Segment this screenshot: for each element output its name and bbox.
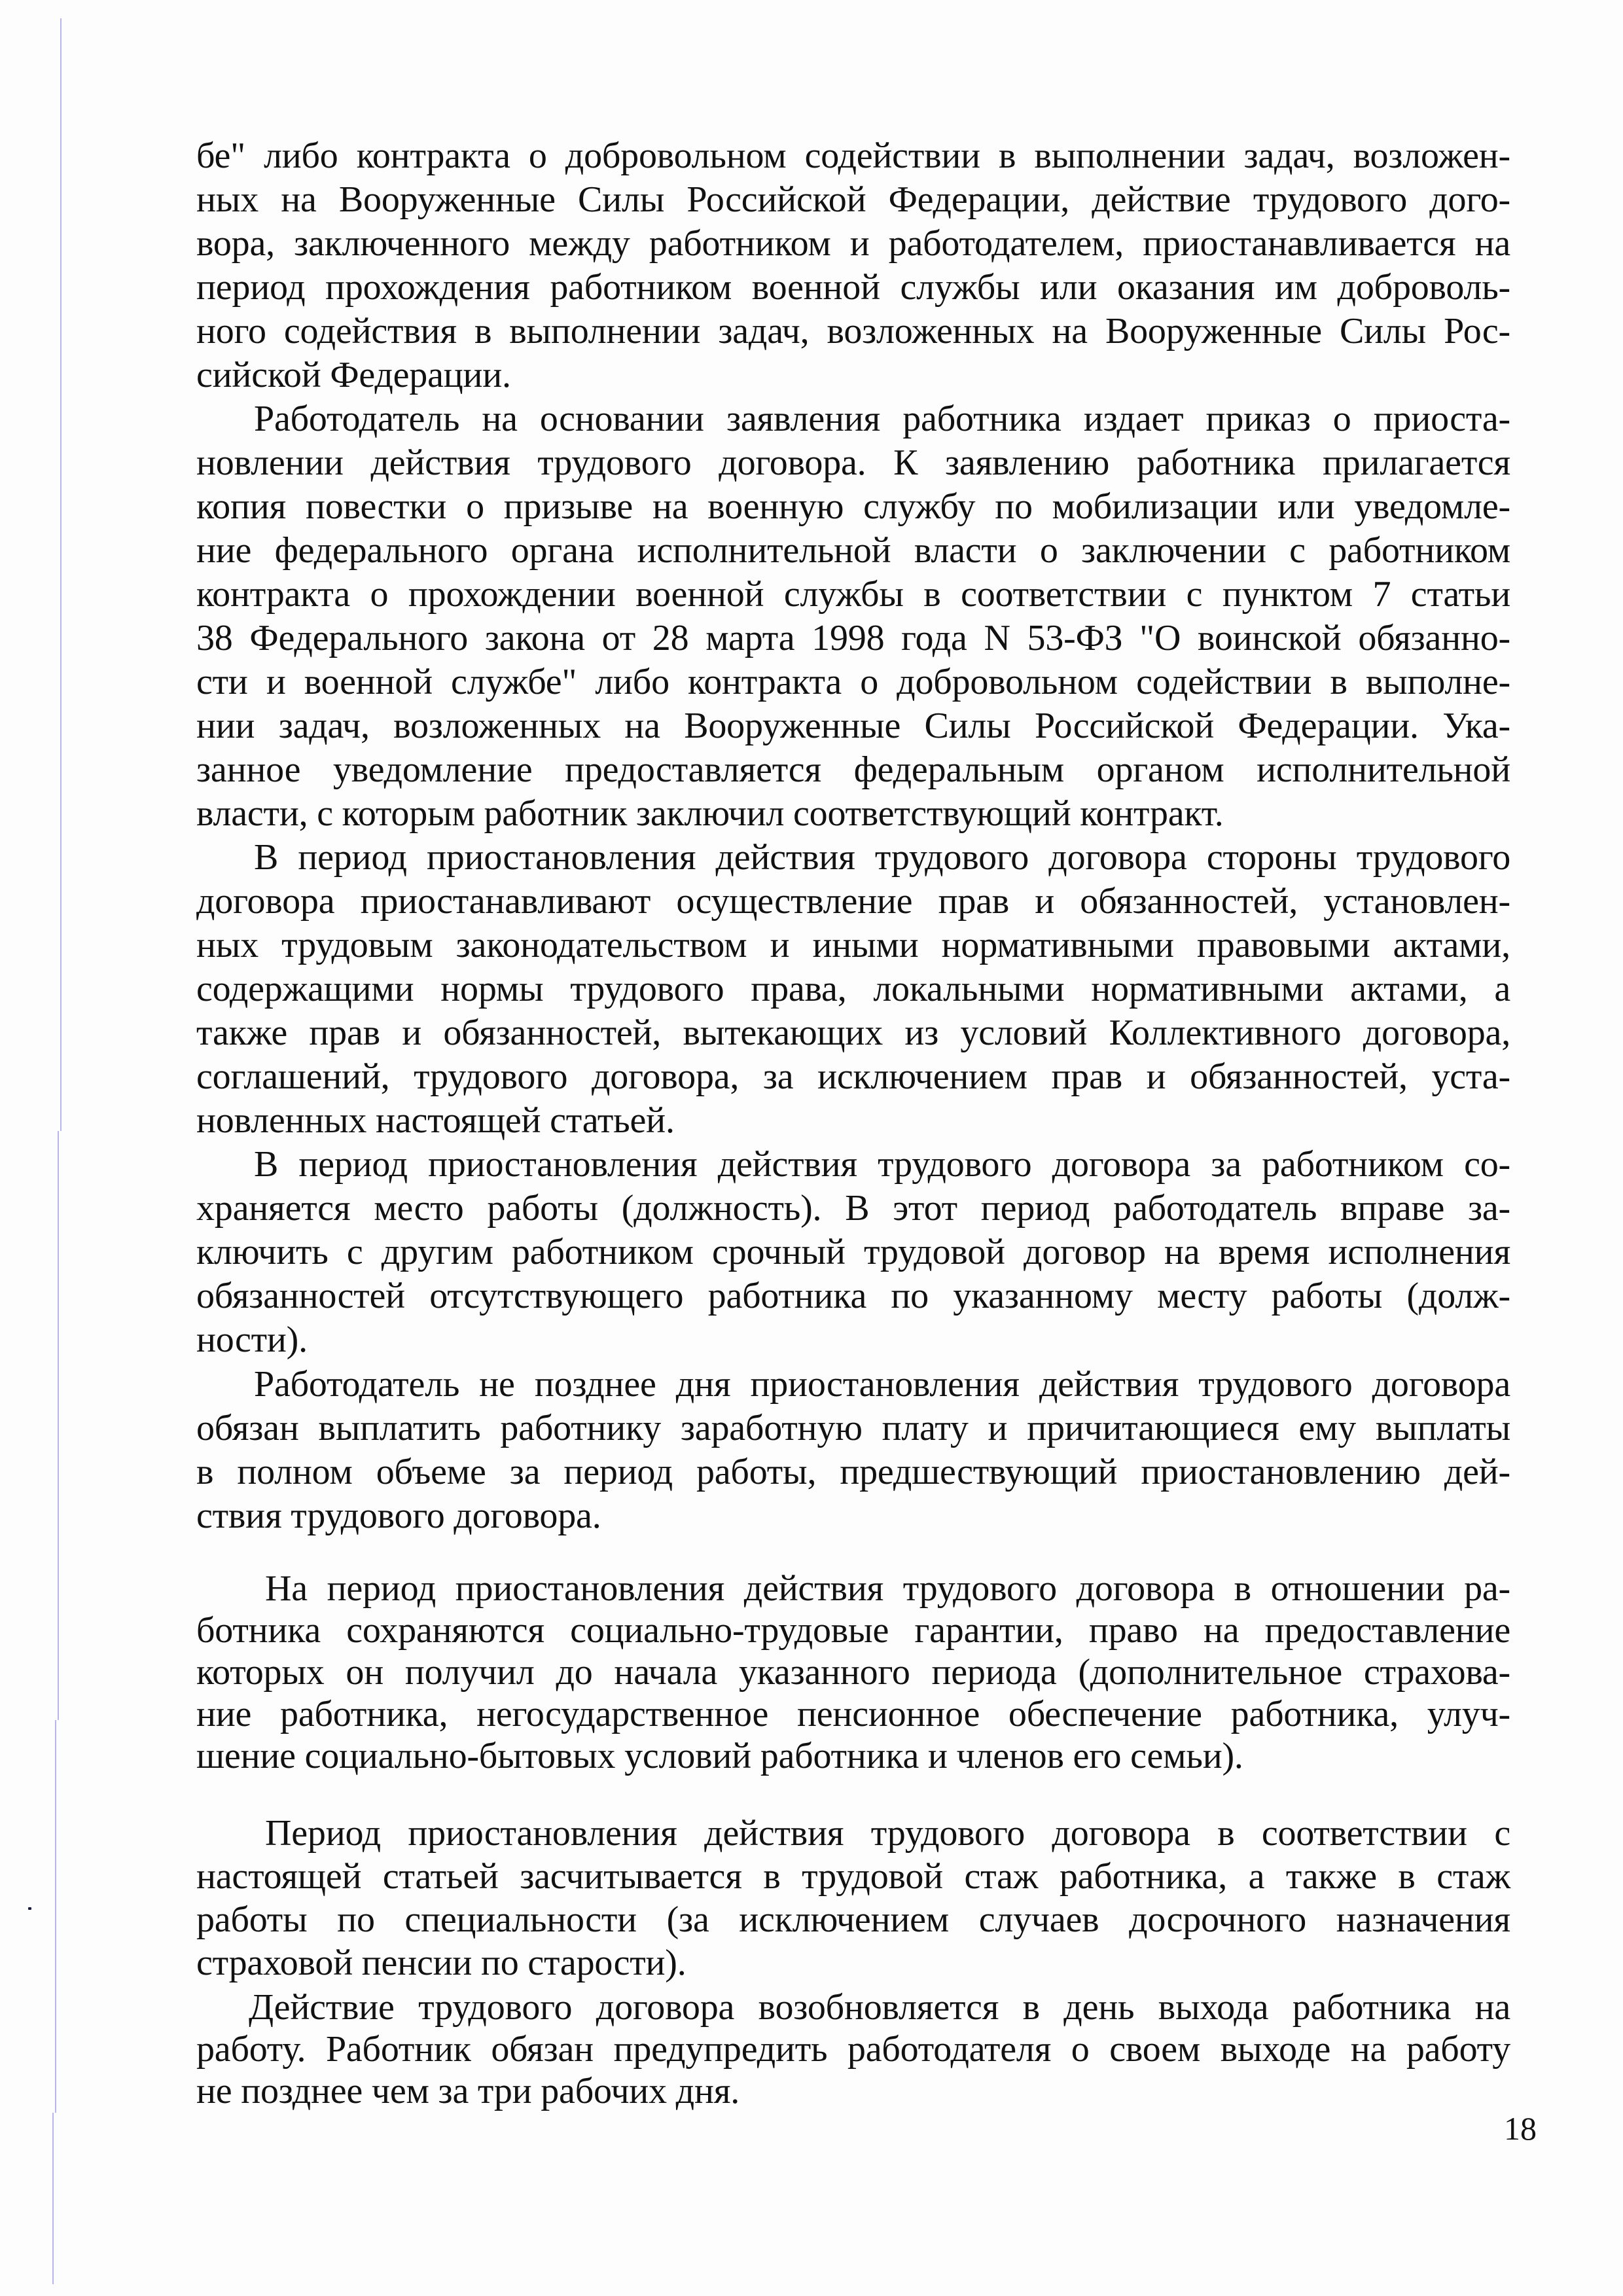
page-number: 18: [1504, 2109, 1537, 2148]
text-line: ности).: [196, 1318, 1510, 1362]
text-line: обязанностей отсутствующего работника по…: [196, 1274, 1510, 1318]
text-line: Период приостановления действия трудовог…: [196, 1812, 1510, 1855]
text-line: договора приостанавливают осуществление …: [196, 880, 1510, 924]
text-line: также прав и обязанностей, вытекающих из…: [196, 1011, 1510, 1055]
text-line: сти и военной службе" либо контракта о д…: [196, 660, 1510, 704]
text-line: ние федерального органа исполнительной в…: [196, 529, 1510, 573]
text-line: в полном объеме за период работы, предше…: [196, 1450, 1510, 1494]
paragraph-1: бе" либо контракта о добровольном содейс…: [196, 134, 1510, 397]
text-line: ключить с другим работником срочный труд…: [196, 1230, 1510, 1274]
paragraph-3: В период приостановления действия трудов…: [196, 836, 1510, 1143]
text-line: Работодатель на основании заявления рабо…: [196, 397, 1510, 441]
scan-margin-line: [60, 18, 62, 1131]
paragraph-8: Действие трудового договора возобновляет…: [196, 1986, 1510, 2112]
scan-margin-line: [55, 1720, 56, 2113]
text-line: 38 Федерального закона от 28 марта 1998 …: [196, 617, 1510, 660]
text-line: страховой пенсии по старости).: [196, 1941, 1510, 1984]
text-line: ного содействия в выполнении задач, возл…: [196, 310, 1510, 353]
text-line: вора, заключенного между работником и ра…: [196, 222, 1510, 266]
paragraph-4: В период приостановления действия трудов…: [196, 1143, 1510, 1362]
text-line: ботника сохраняются социально-трудовые г…: [196, 1609, 1510, 1651]
paragraph-6: На период приостановления действия трудо…: [196, 1568, 1510, 1777]
scan-margin-line: [52, 2113, 54, 2284]
text-line: соглашений, трудового договора, за исклю…: [196, 1055, 1510, 1099]
text-line: ствия трудового договора.: [196, 1494, 1510, 1538]
text-line: Работодатель не позднее дня приостановле…: [196, 1363, 1510, 1407]
text-line: нии задач, возложенных на Вооруженные Си…: [196, 704, 1510, 748]
text-line: которых он получил до начала указанного …: [196, 1651, 1510, 1693]
text-line: бе" либо контракта о добровольном содейс…: [196, 134, 1510, 178]
text-line: новленных настоящей статьей.: [196, 1099, 1510, 1143]
text-line: работы по специальности (за исключением …: [196, 1898, 1510, 1941]
text-line: ных трудовым законодательством и иными н…: [196, 924, 1510, 967]
text-line: копия повестки о призыве на военную служ…: [196, 485, 1510, 529]
text-line: обязан выплатить работнику заработную пл…: [196, 1407, 1510, 1450]
text-line: ние работника, негосударственное пенсион…: [196, 1693, 1510, 1735]
text-line: новлении действия трудового договора. К …: [196, 441, 1510, 485]
text-line: сийской Федерации.: [196, 353, 1510, 397]
scan-speck: [28, 1907, 31, 1910]
text-line: В период приостановления действия трудов…: [196, 1143, 1510, 1187]
text-line: В период приостановления действия трудов…: [196, 836, 1510, 880]
text-line: работу. Работник обязан предупредить раб…: [196, 2028, 1510, 2070]
text-line: содержащими нормы трудового права, локал…: [196, 967, 1510, 1011]
text-line: настоящей статьей засчитывается в трудов…: [196, 1855, 1510, 1898]
paragraph-7: Период приостановления действия трудовог…: [196, 1812, 1510, 1984]
text-line: занное уведомление предоставляется федер…: [196, 748, 1510, 792]
paragraph-5: Работодатель не позднее дня приостановле…: [196, 1363, 1510, 1538]
text-line: храняется место работы (должность). В эт…: [196, 1187, 1510, 1230]
text-line: контракта о прохождении военной службы в…: [196, 573, 1510, 617]
text-line: период прохождения работником военной сл…: [196, 266, 1510, 310]
paragraph-2: Работодатель на основании заявления рабо…: [196, 397, 1510, 836]
scan-margin-line: [58, 1131, 59, 1720]
text-line: шение социально-бытовых условий работник…: [196, 1735, 1510, 1777]
text-line: На период приостановления действия трудо…: [196, 1568, 1510, 1609]
text-line: ных на Вооруженные Силы Российской Федер…: [196, 178, 1510, 222]
text-line: власти, с которым работник заключил соот…: [196, 792, 1510, 836]
text-line: не позднее чем за три рабочих дня.: [196, 2070, 1510, 2112]
text-line: Действие трудового договора возобновляет…: [196, 1986, 1510, 2028]
